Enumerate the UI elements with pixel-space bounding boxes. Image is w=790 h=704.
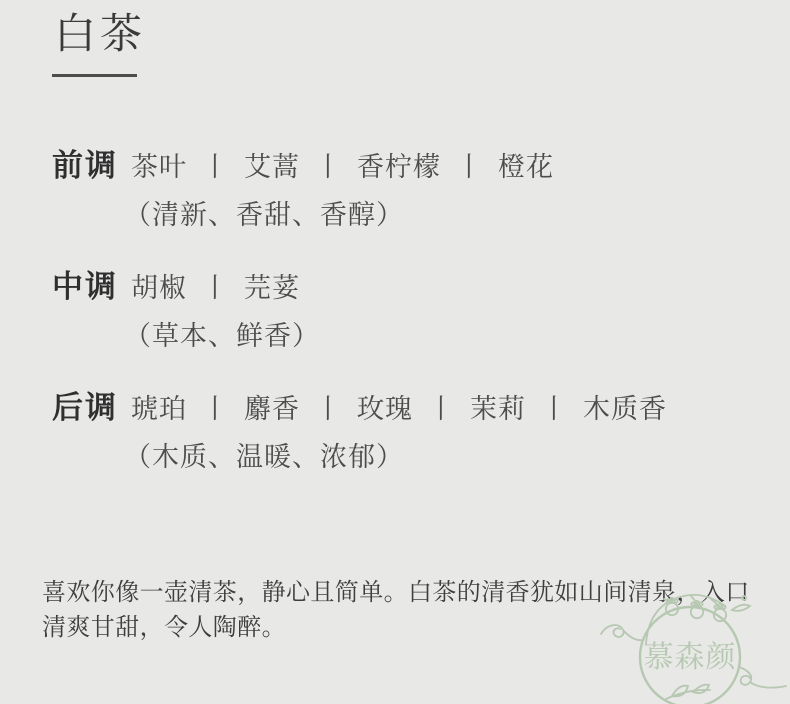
product-description-page: { "page": { "background_color": "#e8e8e6… <box>0 0 790 704</box>
note-qualities-top: （清新、香甜、香醇） <box>124 197 667 233</box>
note-row: 前调 茶叶 丨 艾蒿 丨 香柠檬 丨 橙花 <box>52 148 667 185</box>
note-items-top: 茶叶 丨 艾蒿 丨 香柠檬 丨 橙花 <box>131 149 554 185</box>
note-section-middle: 中调 胡椒 丨 芫荽 （草本、鲜香） <box>52 269 667 354</box>
watermark-brand-text: 慕森颜 <box>644 641 737 674</box>
brand-watermark-logo: 慕森颜 <box>598 586 790 704</box>
note-items-base: 琥珀 丨 麝香 丨 玫瑰 丨 茉莉 丨 木质香 <box>131 391 667 427</box>
note-items-middle: 胡椒 丨 芫荽 <box>131 270 300 306</box>
note-label-top: 前调 <box>52 148 118 184</box>
note-section-base: 后调 琥珀 丨 麝香 丨 玫瑰 丨 茉莉 丨 木质香 （木质、温暖、浓郁） <box>52 390 667 475</box>
note-section-top: 前调 茶叶 丨 艾蒿 丨 香柠檬 丨 橙花 （清新、香甜、香醇） <box>52 148 667 233</box>
swirl-right-icon <box>739 667 786 688</box>
note-row: 后调 琥珀 丨 麝香 丨 玫瑰 丨 茉莉 丨 木质香 <box>52 390 667 427</box>
title-underline <box>52 74 137 77</box>
leaf-icon <box>664 685 710 700</box>
note-row: 中调 胡椒 丨 芫荽 <box>52 269 667 306</box>
note-label-base: 后调 <box>52 390 118 426</box>
note-label-middle: 中调 <box>52 269 118 305</box>
note-qualities-base: （木质、温暖、浓郁） <box>124 439 667 475</box>
fragrance-notes-list: 前调 茶叶 丨 艾蒿 丨 香柠檬 丨 橙花 （清新、香甜、香醇） 中调 胡椒 丨… <box>52 148 667 511</box>
swirl-left-icon <box>601 625 643 640</box>
note-qualities-middle: （草本、鲜香） <box>124 318 667 354</box>
page-title: 白茶 <box>54 8 146 62</box>
